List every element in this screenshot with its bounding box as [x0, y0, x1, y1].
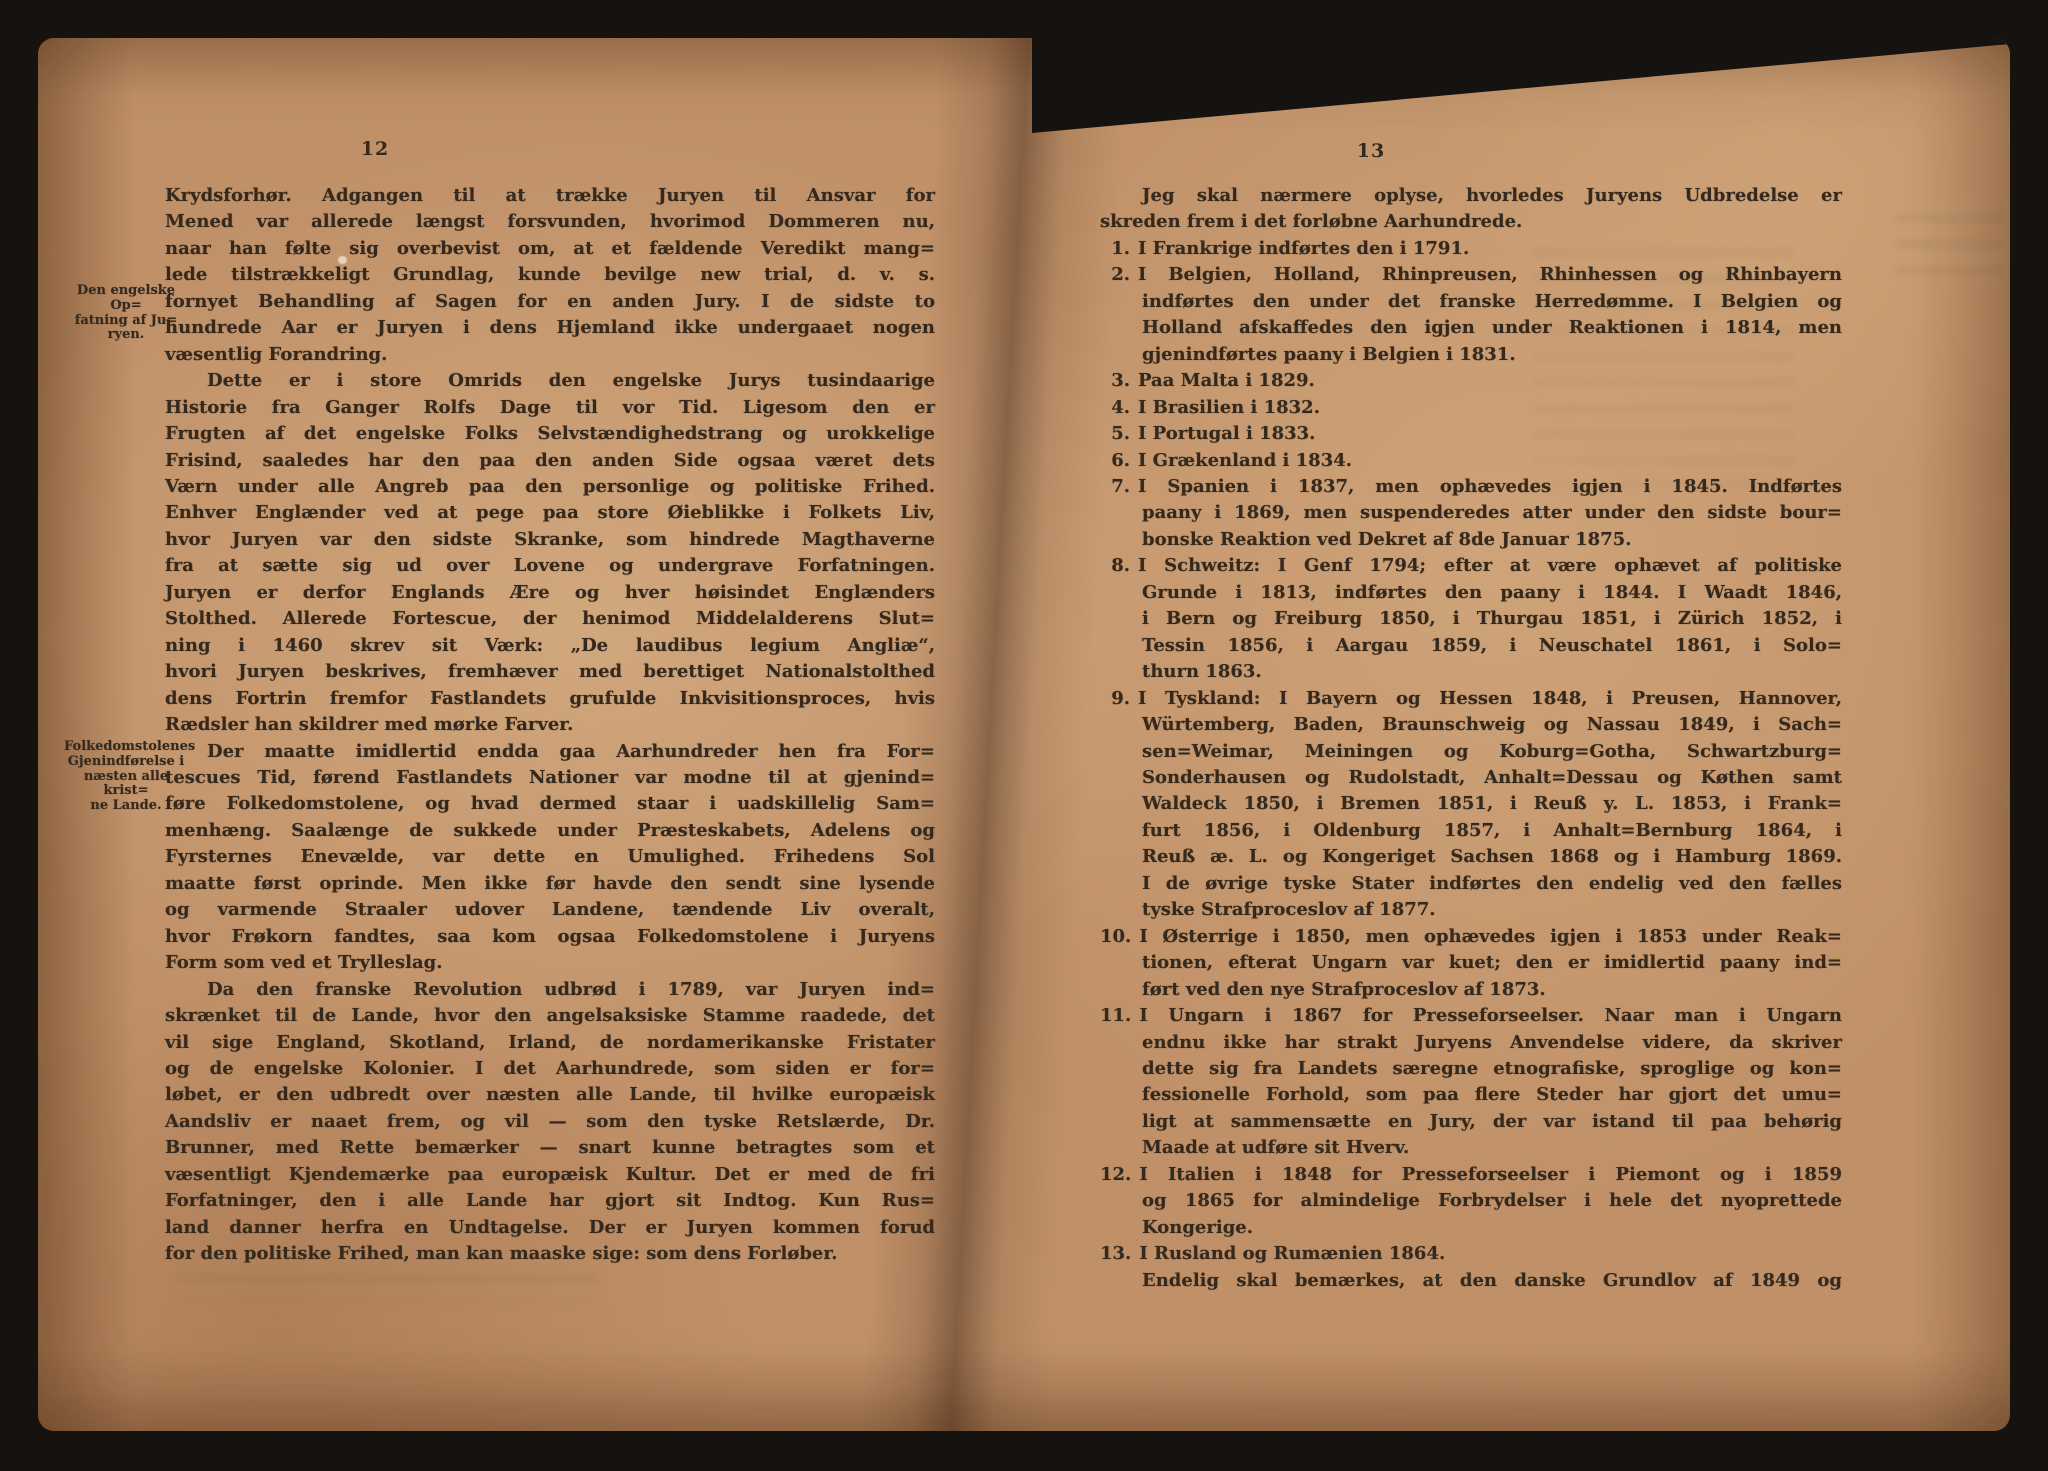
- text-line: Da den franske Revolution udbrød i 1789,…: [165, 977, 935, 1003]
- text-line: bonske Reaktion ved Dekret af 8de Januar…: [1100, 527, 1842, 553]
- list-number: 1.: [1100, 236, 1138, 262]
- right-page-number: 13: [1316, 140, 1426, 162]
- list-number: 12.: [1100, 1162, 1139, 1188]
- text-line: Tessin 1856, i Aargau 1859, i Neuschatel…: [1100, 633, 1842, 659]
- text-line: ning i 1460 skrev sit Værk: „De laudibus…: [165, 633, 935, 659]
- list-item-text: I Østerrige i 1850, men ophævedes igjen …: [1139, 924, 1842, 950]
- text-line: Frugten af det engelske Folks Selvstændi…: [165, 421, 935, 447]
- text-line: hvor Juryen var den sidste Skranke, som …: [165, 527, 935, 553]
- list-number: 4.: [1100, 395, 1138, 421]
- text-line: 11.I Ungarn i 1867 for Presseforseelser.…: [1100, 1003, 1842, 1029]
- text-line: indførtes den under det franske Herredøm…: [1100, 289, 1842, 315]
- text-line: ført ved den nye Strafproceslov af 1873.: [1100, 977, 1842, 1003]
- text-line: væsentlig Forandring.: [165, 342, 935, 368]
- text-line: i Bern og Freiburg 1850, i Thurgau 1851,…: [1100, 606, 1842, 632]
- book-scan: 12 Den engelske Op=fatning af Ju=ryen. F…: [0, 0, 2048, 1471]
- text-line: sen=Weimar, Meiningen og Koburg=Gotha, S…: [1100, 739, 1842, 765]
- text-line: dens Fortrin fremfor Fastlandets grufuld…: [165, 686, 935, 712]
- text-line: Endelig skal bemærkes, at den danske Gru…: [1100, 1268, 1842, 1294]
- text-line: I de øvrige tyske Stater indførtes den e…: [1100, 871, 1842, 897]
- text-line: dette sig fra Landets særegne etnografis…: [1100, 1056, 1842, 1082]
- text-line: 3.Paa Malta i 1829.: [1100, 368, 1842, 394]
- text-line: fra at sætte sig ud over Lovene og under…: [165, 553, 935, 579]
- text-line: 5.I Portugal i 1833.: [1100, 421, 1842, 447]
- list-number: 11.: [1100, 1003, 1139, 1029]
- left-page-lines: Krydsforhør. Adgangen til at trække Jury…: [165, 183, 935, 1268]
- text-line: og 1865 for almindelige Forbrydelser i h…: [1100, 1188, 1842, 1214]
- list-item-text: I Belgien, Holland, Rhinpreusen, Rhinhes…: [1138, 262, 1842, 288]
- text-line: thurn 1863.: [1100, 659, 1842, 685]
- text-line: land danner herfra en Undtagelse. Der er…: [165, 1215, 935, 1241]
- text-line: og de engelske Kolonier. I det Aarhundre…: [165, 1056, 935, 1082]
- text-line: Der maatte imidlertid endda gaa Aarhundr…: [165, 739, 935, 765]
- text-line: lede tilstrækkeligt Grundlag, kunde bevi…: [165, 262, 935, 288]
- text-line: ligt at sammensætte en Jury, der var ist…: [1100, 1109, 1842, 1135]
- text-line: hvori Juryen beskrives, fremhæver med be…: [165, 659, 935, 685]
- text-line: Dette er i store Omrids den engelske Jur…: [165, 368, 935, 394]
- list-item-text: I Frankrige indførtes den i 1791.: [1138, 236, 1842, 262]
- text-line: Holland afskaffedes den igjen under Reak…: [1100, 315, 1842, 341]
- text-line: 4.I Brasilien i 1832.: [1100, 395, 1842, 421]
- list-item-text: I Brasilien i 1832.: [1138, 395, 1842, 421]
- list-item-text: I Tyskland: I Bayern og Hessen 1848, i P…: [1138, 686, 1842, 712]
- text-line: tescues Tid, førend Fastlandets Nationer…: [165, 765, 935, 791]
- text-line: og varmende Straaler udover Landene, tæn…: [165, 897, 935, 923]
- text-line: fornyet Behandling af Sagen for en anden…: [165, 289, 935, 315]
- text-line: fessionelle Forhold, som paa flere Stede…: [1100, 1082, 1842, 1108]
- text-line: Brunner, med Rette bemærker — snart kunn…: [165, 1135, 935, 1161]
- text-line: paany i 1869, men suspenderedes atter un…: [1100, 500, 1842, 526]
- text-line: skreden frem i det forløbne Aarhundrede.: [1100, 209, 1842, 235]
- text-line: Enhver Englænder ved at pege paa store Ø…: [165, 500, 935, 526]
- text-line: 13.I Rusland og Rumænien 1864.: [1100, 1241, 1842, 1267]
- text-line: løbet, er den udbredt over næsten alle L…: [165, 1082, 935, 1108]
- text-line: Maade at udføre sit Hverv.: [1100, 1135, 1842, 1161]
- text-line: Juryen er derfor Englands Ære og hver hø…: [165, 580, 935, 606]
- list-item-text: I Grækenland i 1834.: [1138, 448, 1842, 474]
- list-number: 9.: [1100, 686, 1138, 712]
- text-line: 2.I Belgien, Holland, Rhinpreusen, Rhinh…: [1100, 262, 1842, 288]
- text-line: 12.I Italien i 1848 for Presseforseelser…: [1100, 1162, 1842, 1188]
- book-spread: 12 Den engelske Op=fatning af Ju=ryen. F…: [38, 38, 2010, 1431]
- text-line: gjenindførtes paany i Belgien i 1831.: [1100, 342, 1842, 368]
- text-line: 8.I Schweitz: I Genf 1794; efter at være…: [1100, 553, 1842, 579]
- text-line: Aandsliv er naaet frem, og vil — som den…: [165, 1109, 935, 1135]
- text-line: furt 1856, i Oldenburg 1857, i Anhalt=Be…: [1100, 818, 1842, 844]
- text-line: Sonderhausen og Rudolstadt, Anhalt=Dessa…: [1100, 765, 1842, 791]
- list-number: 6.: [1100, 448, 1138, 474]
- right-page-lines: Jeg skal nærmere oplyse, hvorledes Jurye…: [1100, 183, 1842, 1294]
- ink-bleed-ghost: [178, 1274, 598, 1302]
- text-line: 9.I Tyskland: I Bayern og Hessen 1848, i…: [1100, 686, 1842, 712]
- left-page-number: 12: [320, 138, 430, 160]
- text-line: Waldeck 1850, i Bremen 1851, i Reuß y. L…: [1100, 791, 1842, 817]
- list-item-text: I Portugal i 1833.: [1138, 421, 1842, 447]
- text-line: Würtemberg, Baden, Braunschweig og Nassa…: [1100, 712, 1842, 738]
- list-item-text: I Rusland og Rumænien 1864.: [1139, 1241, 1842, 1267]
- list-item-text: I Ungarn i 1867 for Presseforseelser. Na…: [1139, 1003, 1842, 1029]
- list-item-text: Paa Malta i 1829.: [1138, 368, 1842, 394]
- list-item-text: I Schweitz: I Genf 1794; efter at være o…: [1138, 553, 1842, 579]
- list-number: 10.: [1100, 924, 1139, 950]
- text-line: Krydsforhør. Adgangen til at trække Jury…: [165, 183, 935, 209]
- text-line: skrænket til de Lande, hvor den angelsak…: [165, 1003, 935, 1029]
- list-number: 7.: [1100, 474, 1138, 500]
- right-page-top-edge: [1032, 38, 2010, 133]
- text-line: Reuß æ. L. og Kongeriget Sachsen 1868 og…: [1100, 844, 1842, 870]
- text-line: Forfatninger, den i alle Lande har gjort…: [165, 1188, 935, 1214]
- list-number: 13.: [1100, 1241, 1139, 1267]
- text-line: for den politiske Frihed, man kan maaske…: [165, 1241, 935, 1267]
- list-number: 8.: [1100, 553, 1138, 579]
- text-line: hundrede Aar er Juryen i dens Hjemland i…: [165, 315, 935, 341]
- list-number: 5.: [1100, 421, 1138, 447]
- text-line: Grunde i 1813, indførtes den paany i 184…: [1100, 580, 1842, 606]
- text-line: tionen, efterat Ungarn var kuet; den er …: [1100, 950, 1842, 976]
- text-line: Værn under alle Angreb paa den personlig…: [165, 474, 935, 500]
- text-line: Stolthed. Allerede Fortescue, der henimo…: [165, 606, 935, 632]
- text-line: 10.I Østerrige i 1850, men ophævedes igj…: [1100, 924, 1842, 950]
- list-number: 3.: [1100, 368, 1138, 394]
- text-line: Fyrsternes Enevælde, var dette en Umulig…: [165, 844, 935, 870]
- text-line: Jeg skal nærmere oplyse, hvorledes Jurye…: [1100, 183, 1842, 209]
- text-line: føre Folkedomstolene, og hvad dermed sta…: [165, 791, 935, 817]
- text-line: Kongerige.: [1100, 1215, 1842, 1241]
- text-line: 6.I Grækenland i 1834.: [1100, 448, 1842, 474]
- list-item-text: I Spanien i 1837, men ophævedes igjen i …: [1138, 474, 1842, 500]
- text-line: endnu ikke har strakt Juryens Anvendelse…: [1100, 1030, 1842, 1056]
- text-line: Historie fra Ganger Rolfs Dage til vor T…: [165, 395, 935, 421]
- text-line: tyske Strafproceslov af 1877.: [1100, 897, 1842, 923]
- text-line: Rædsler han skildrer med mørke Farver.: [165, 712, 935, 738]
- text-line: Mened var allerede længst forsvunden, hv…: [165, 209, 935, 235]
- list-item-text: I Italien i 1848 for Presseforseelser i …: [1139, 1162, 1842, 1188]
- list-number: 2.: [1100, 262, 1138, 288]
- text-line: væsentligt Kjendemærke paa europæisk Kul…: [165, 1162, 935, 1188]
- text-line: Frisind, saaledes har den paa den anden …: [165, 448, 935, 474]
- text-line: 1.I Frankrige indførtes den i 1791.: [1100, 236, 1842, 262]
- text-line: hvor Frøkorn fandtes, saa kom ogsaa Folk…: [165, 924, 935, 950]
- text-line: maatte først oprinde. Men ikke før havde…: [165, 871, 935, 897]
- text-line: Form som ved et Trylleslag.: [165, 950, 935, 976]
- text-line: 7.I Spanien i 1837, men ophævedes igjen …: [1100, 474, 1842, 500]
- text-line: naar han følte sig overbevist om, at et …: [165, 236, 935, 262]
- text-line: menhæng. Saalænge de sukkede under Præst…: [165, 818, 935, 844]
- text-line: vil sige England, Skotland, Irland, de n…: [165, 1030, 935, 1056]
- ink-bleed-ghost: [1896, 214, 2006, 280]
